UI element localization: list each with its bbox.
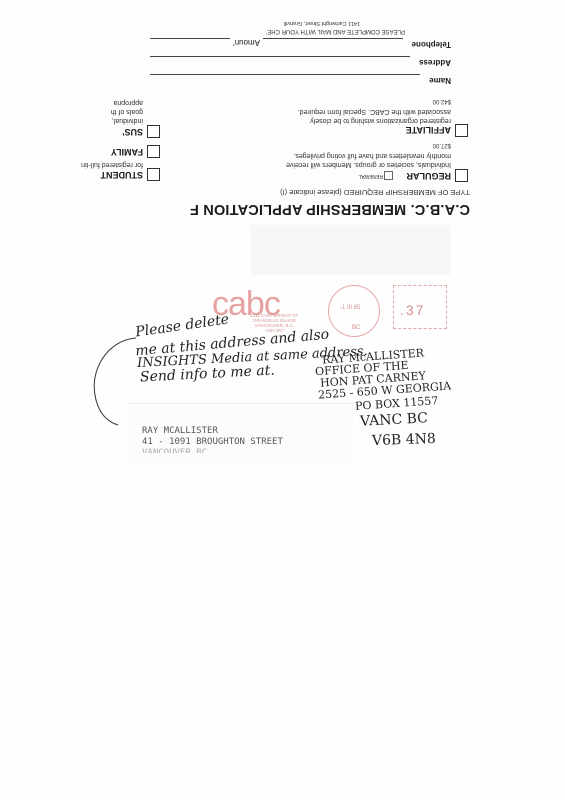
student-desc: for registered full-tin	[81, 160, 143, 169]
student-checkbox[interactable]	[147, 168, 160, 181]
sustaining-desc-3: appropria	[113, 98, 143, 107]
faded-envelope-back	[250, 225, 450, 275]
mailing-label: RAY MCALLISTER 41 - 1091 BROUGHTON STREE…	[128, 403, 353, 464]
sustaining-desc-2: goals of th	[111, 107, 143, 116]
postmark-date: -1 III 95	[340, 305, 360, 311]
family-label: FAMILY	[111, 147, 143, 157]
scanned-page: C.A.B.C. MEMBERSHIP APPLICATION F TYPE O…	[0, 0, 565, 800]
membership-options-right: STUDENT for registered full-tin FAMILY S…	[95, 0, 465, 225]
sustaining-label: SUS'	[122, 127, 143, 137]
family-checkbox[interactable]	[147, 145, 160, 158]
new-address-line: VANC BC	[360, 410, 429, 430]
new-address-line: V6B 4N8	[372, 431, 436, 449]
postmark-code: BC	[352, 325, 360, 331]
student-label: STUDENT	[101, 170, 144, 180]
label-line-city: VANCOUVER BC	[142, 448, 207, 453]
postage-amount: .37	[400, 302, 425, 318]
sustaining-desc-1: individual,	[112, 116, 143, 125]
sustaining-checkbox[interactable]	[147, 125, 160, 138]
label-line-street: 41 - 1091 BROUGHTON STREET	[142, 437, 283, 447]
label-line-name: RAY MCALLISTER	[142, 426, 218, 436]
